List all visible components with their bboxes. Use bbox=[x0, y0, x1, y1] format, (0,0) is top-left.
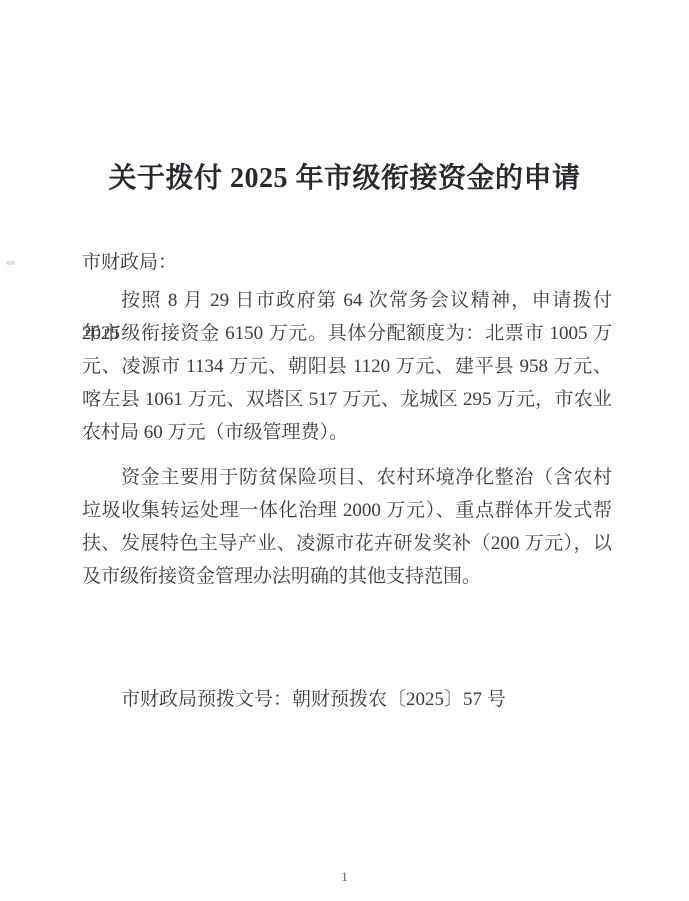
text-line: 农村局 60 万元（市级管理费）。 bbox=[82, 416, 612, 449]
text-line: 及市级衔接资金管理办法明确的其他支持范围。 bbox=[82, 560, 612, 593]
text-line: 扶、发展特色主导产业、凌源市花卉研发奖补（200 万元），以 bbox=[82, 527, 612, 560]
page-number: 1 bbox=[0, 867, 689, 887]
text-line: 喀左县 1061 万元、双塔区 517 万元、龙城区 295 万元，市农业 bbox=[82, 383, 612, 416]
text-line: 元、凌源市 1134 万元、朝阳县 1120 万元、建平县 958 万元、 bbox=[82, 350, 612, 383]
salutation: 市财政局： bbox=[82, 246, 612, 279]
reference-line: 市财政局预拨文号：朝财预拨农〔2025〕57 号 bbox=[82, 683, 612, 716]
text-line: 按照 8 月 29 日市政府第 64 次常务会议精神，申请拨付 2025 bbox=[82, 284, 612, 317]
scan-artifact bbox=[6, 261, 15, 265]
text-line: 资金主要用于防贫保险项目、农村环境净化整治（含农村 bbox=[82, 461, 612, 494]
text-line: 年市级衔接资金 6150 万元。具体分配额度为：北票市 1005 万 bbox=[82, 317, 612, 350]
document-title: 关于拨付 2025 年市级衔接资金的申请 bbox=[0, 156, 689, 196]
paragraph-allocation: 按照 8 月 29 日市政府第 64 次常务会议精神，申请拨付 2025 年市级… bbox=[82, 284, 612, 449]
document-page: 关于拨付 2025 年市级衔接资金的申请 市财政局： 按照 8 月 29 日市政… bbox=[0, 0, 689, 901]
paragraph-usage: 资金主要用于防贫保险项目、农村环境净化整治（含农村 垃圾收集转运处理一体化治理 … bbox=[82, 461, 612, 593]
text-line: 垃圾收集转运处理一体化治理 2000 万元）、重点群体开发式帮 bbox=[82, 494, 612, 527]
